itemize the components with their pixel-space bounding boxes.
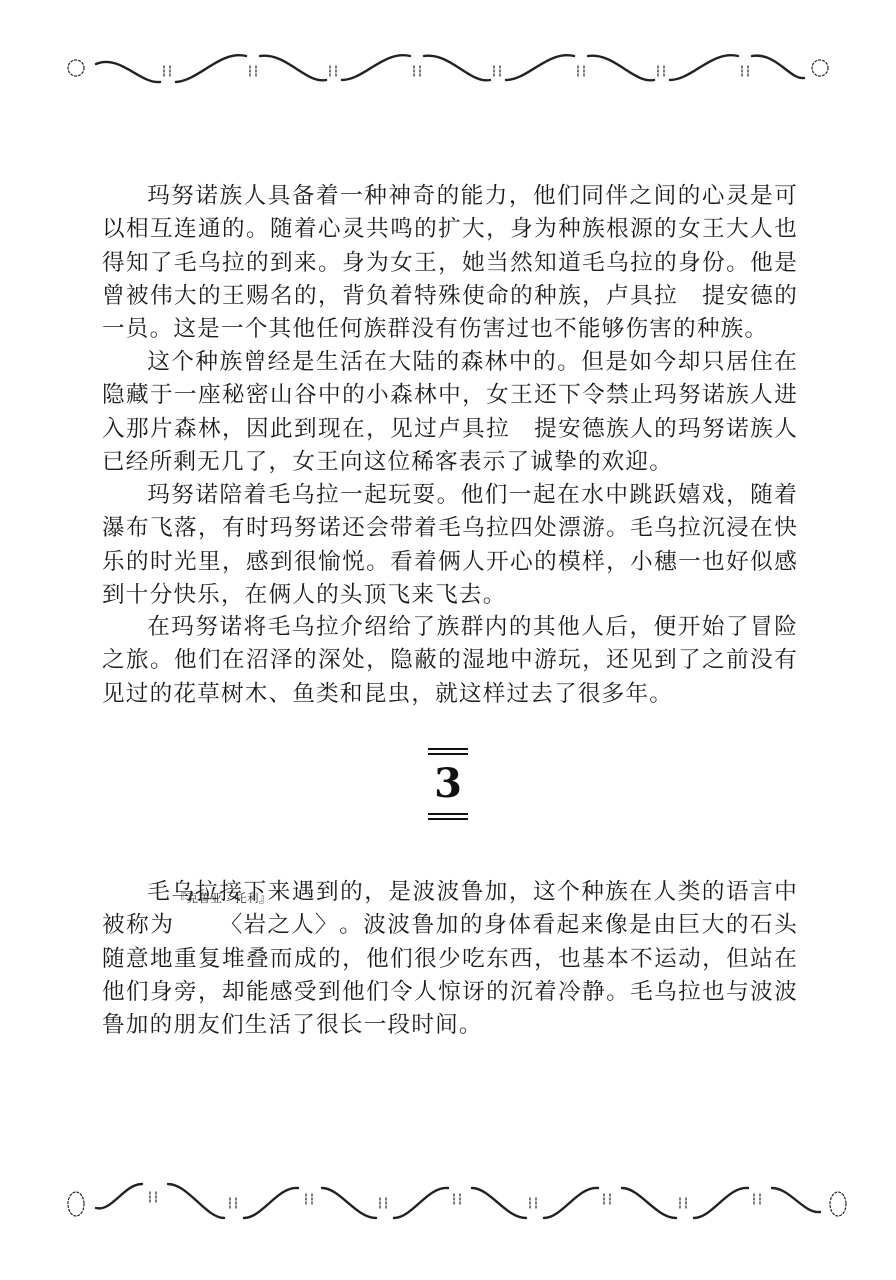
paragraph-1: 玛努诺族人具备着一种神奇的能力，他们同伴之间的心灵是可以相互连通的。随着心灵共鸣…	[102, 180, 798, 346]
ruby-base: 〈岩之人〉	[220, 912, 339, 938]
bottom-vine-ornament-icon	[38, 1178, 858, 1228]
paragraph-5-before-ruby: 为	[150, 912, 174, 938]
paragraph-3: 玛努诺陪着毛乌拉一起玩耍。他们一起在水中跳跃嬉戏，随着瀑布飞落，有时玛努诺还会带…	[102, 479, 798, 612]
paragraph-2: 这个种族曾经是生活在大陆的森林中的。但是如今却只居住在隐藏于一座秘密山谷中的小森…	[102, 346, 798, 479]
ruby-annotation: 『克鲁亚 · 托利』〈岩之人〉	[175, 909, 339, 942]
top-vine-ornament-icon	[60, 44, 836, 94]
paragraph-5: 毛乌拉接下来遇到的，是波波鲁加，这个种族在人类的语言中被称为『克鲁亚 · 托利』…	[102, 876, 798, 1042]
section-rule-top	[428, 748, 468, 755]
section-rule-bottom	[428, 813, 468, 820]
ruby-text: 『克鲁亚 · 托利』	[175, 892, 271, 904]
paragraph-4: 在玛努诺将毛乌拉介绍给了族群内的其他人后，便开始了冒险之旅。他们在沼泽的深处，隐…	[102, 611, 798, 711]
section-heading: 3	[428, 748, 468, 820]
section-number: 3	[428, 755, 468, 813]
